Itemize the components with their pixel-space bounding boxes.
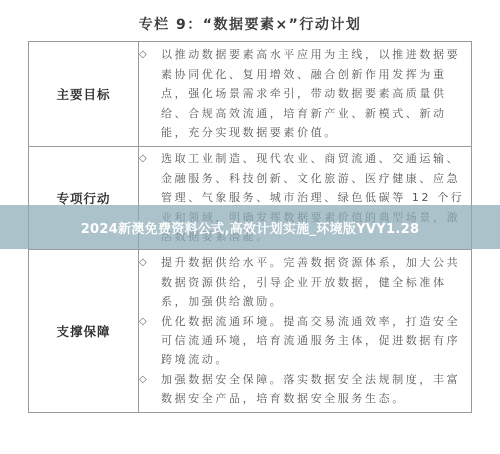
item-text: 提升数据供给水平。完善数据资源体系，加大公共数据资源供给，引导企业开放数据，健全… <box>161 253 471 311</box>
row-content-support: ◇ 提升数据供给水平。完善数据资源体系，加大公共数据资源供给，引导企业开放数据，… <box>139 250 472 413</box>
list-item: ◇ 优化数据流通环境。提高交易流通效率，打造安全可信流通环境，培育流通服务主体，… <box>139 312 471 370</box>
table-row-main-goals: 主要目标 ◇ 以推动数据要素高水平应用为主线，以推进数据要素协同优化、复用增效、… <box>29 42 472 147</box>
list-item: ◇ 提升数据供给水平。完善数据资源体系，加大公共数据资源供给，引导企业开放数据，… <box>139 253 471 311</box>
row-content-main-goals: ◇ 以推动数据要素高水平应用为主线，以推进数据要素协同优化、复用增效、融合创新作… <box>139 42 472 147</box>
overlay-banner: 2024新澳免费资料公式,高效计划实施_环境版YVY1.28 <box>0 205 500 249</box>
list-item: ◇ 以推动数据要素高水平应用为主线，以推进数据要素协同优化、复用增效、融合创新作… <box>139 45 471 142</box>
item-text: 以推动数据要素高水平应用为主线，以推进数据要素协同优化、复用增效、融合创新作用发… <box>161 45 471 142</box>
row-label-support: 支撑保障 <box>29 250 139 413</box>
diamond-bullet-icon: ◇ <box>139 312 161 331</box>
document-title: 专栏 9：“数据要素×”行动计划 <box>0 14 500 34</box>
item-text: 加强数据安全保障。落实数据安全法规制度，丰富数据安全产品，培育数据安全服务生态。 <box>161 370 471 409</box>
diamond-bullet-icon: ◇ <box>139 253 161 272</box>
table-row-support: 支撑保障 ◇ 提升数据供给水平。完善数据资源体系，加大公共数据资源供给，引导企业… <box>29 250 472 413</box>
item-text: 优化数据流通环境。提高交易流通效率，打造安全可信流通环境，培育流通服务主体，促进… <box>161 312 471 370</box>
row-label-main-goals: 主要目标 <box>29 42 139 147</box>
diamond-bullet-icon: ◇ <box>139 370 161 389</box>
diamond-bullet-icon: ◇ <box>139 149 161 168</box>
diamond-bullet-icon: ◇ <box>139 45 161 64</box>
list-item: ◇ 加强数据安全保障。落实数据安全法规制度，丰富数据安全产品，培育数据安全服务生… <box>139 370 471 409</box>
banner-text: 2024新澳免费资料公式,高效计划实施_环境版YVY1.28 <box>81 218 420 237</box>
